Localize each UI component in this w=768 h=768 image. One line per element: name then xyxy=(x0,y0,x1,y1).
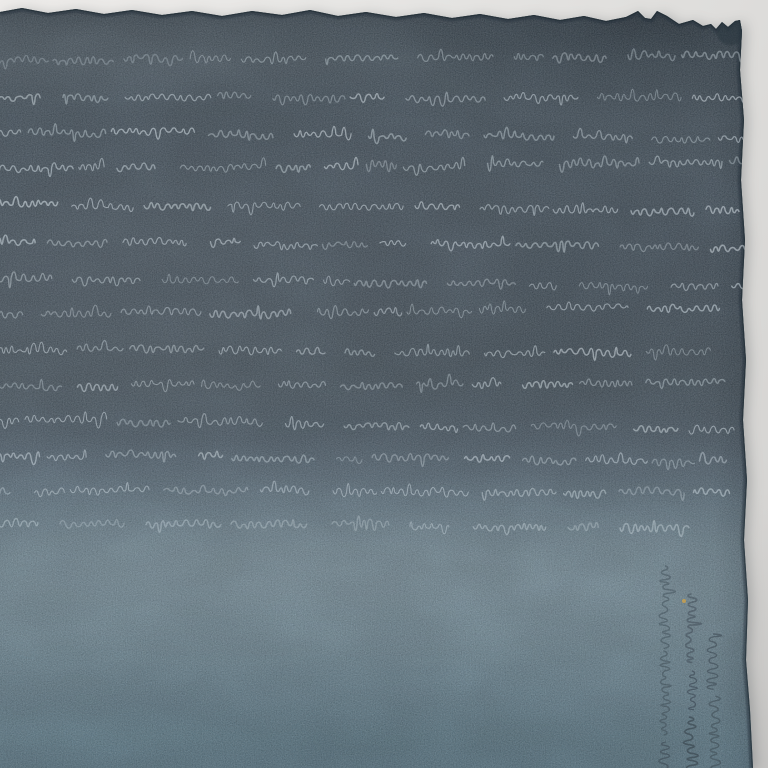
inscription-stroke xyxy=(707,634,722,689)
script-line xyxy=(0,152,750,180)
script-line xyxy=(0,340,710,361)
script-line xyxy=(0,123,749,148)
script-line xyxy=(0,299,719,322)
script-word-stroke xyxy=(0,451,40,464)
script-word-stroke xyxy=(144,203,210,211)
script-line xyxy=(0,410,734,438)
script-word-stroke xyxy=(366,160,396,172)
script-word-stroke xyxy=(553,53,606,63)
script-word-stroke xyxy=(124,54,182,66)
inscription-column xyxy=(659,566,675,768)
script-word-stroke xyxy=(649,156,722,170)
script-word-stroke xyxy=(463,422,516,432)
script-word-stroke xyxy=(0,94,40,105)
inscription-column xyxy=(707,634,722,768)
script-word-stroke xyxy=(479,301,525,315)
script-word-stroke xyxy=(344,422,409,431)
script-word-stroke xyxy=(485,346,545,358)
script-word-stroke xyxy=(53,57,113,65)
script-word-stroke xyxy=(260,481,308,495)
script-word-stroke xyxy=(228,202,300,215)
script-word-stroke xyxy=(693,488,729,496)
script-word-stroke xyxy=(652,136,710,143)
script-word-stroke xyxy=(372,453,448,466)
script-word-stroke xyxy=(123,237,186,246)
script-word-stroke xyxy=(333,483,376,496)
inscription-stroke xyxy=(659,566,675,648)
script-word-stroke xyxy=(111,127,194,139)
script-word-stroke xyxy=(529,282,556,290)
script-line xyxy=(0,232,747,254)
script-word-stroke xyxy=(425,130,469,139)
script-word-stroke xyxy=(406,92,485,106)
script-word-stroke xyxy=(218,92,251,99)
inscription-stroke xyxy=(659,742,669,768)
script-line xyxy=(0,47,743,69)
script-word-stroke xyxy=(420,423,457,432)
script-word-stroke xyxy=(415,202,460,210)
script-word-stroke xyxy=(164,485,248,495)
script-word-stroke xyxy=(0,55,48,69)
script-word-stroke xyxy=(523,456,576,465)
script-line xyxy=(0,446,726,471)
script-word-stroke xyxy=(381,484,468,497)
script-word-stroke xyxy=(407,304,472,319)
script-line xyxy=(0,373,725,394)
script-word-stroke xyxy=(190,51,230,64)
script-word-stroke xyxy=(340,382,402,389)
script-word-stroke xyxy=(132,380,194,392)
script-word-stroke xyxy=(41,305,111,318)
script-word-stroke xyxy=(79,158,104,171)
script-word-stroke xyxy=(47,239,107,247)
script-word-stroke xyxy=(231,520,307,529)
script-word-stroke xyxy=(586,453,648,465)
script-word-stroke xyxy=(326,55,398,65)
script-word-stroke xyxy=(488,155,543,171)
script-word-stroke xyxy=(276,165,310,173)
script-word-stroke xyxy=(417,374,463,392)
script-word-stroke xyxy=(180,158,266,173)
torn-edge-shading xyxy=(0,8,753,768)
script-word-stroke xyxy=(531,420,616,437)
script-word-stroke xyxy=(232,455,314,464)
script-word-stroke xyxy=(380,241,406,246)
script-word-stroke xyxy=(465,455,510,463)
script-word-stroke xyxy=(324,157,358,169)
script-word-stroke xyxy=(0,488,10,495)
script-word-stroke xyxy=(317,305,368,318)
script-word-stroke xyxy=(28,124,106,142)
script-word-stroke xyxy=(403,157,465,175)
script-word-stroke xyxy=(106,450,176,462)
artist-inscription xyxy=(659,566,722,768)
script-word-stroke xyxy=(573,128,632,143)
script-word-stroke xyxy=(0,163,73,177)
script-word-stroke xyxy=(121,306,201,317)
script-word-stroke xyxy=(322,241,367,249)
script-word-stroke xyxy=(634,426,678,433)
script-word-stroke xyxy=(130,345,204,353)
script-line xyxy=(0,515,689,537)
script-word-stroke xyxy=(369,129,407,144)
script-word-stroke xyxy=(418,49,493,61)
watercolor-paper xyxy=(0,0,768,768)
script-word-stroke xyxy=(447,279,515,290)
script-word-stroke xyxy=(146,520,221,533)
script-word-stroke xyxy=(0,128,21,137)
script-word-stroke xyxy=(0,235,35,246)
script-word-stroke xyxy=(63,94,108,104)
script-word-stroke xyxy=(294,126,351,140)
script-word-stroke xyxy=(732,284,746,289)
script-word-stroke xyxy=(117,419,170,427)
script-word-stroke xyxy=(484,127,554,140)
script-word-stroke xyxy=(60,519,124,528)
script-word-stroke xyxy=(554,347,631,360)
script-word-stroke xyxy=(516,241,599,253)
script-word-stroke xyxy=(374,308,402,317)
script-word-stroke xyxy=(620,243,698,252)
script-word-stroke xyxy=(620,521,689,537)
script-word-stroke xyxy=(285,417,323,431)
script-word-stroke xyxy=(72,277,140,287)
pigment-speck xyxy=(682,599,686,603)
script-word-stroke xyxy=(647,304,719,313)
script-line xyxy=(0,481,730,501)
script-word-stroke xyxy=(345,349,375,357)
script-word-stroke xyxy=(706,206,739,214)
inscription-stroke xyxy=(686,594,702,662)
script-word-stroke xyxy=(210,306,291,320)
handwritten-script-lines xyxy=(0,47,750,536)
script-line xyxy=(0,196,739,218)
script-word-stroke xyxy=(0,418,19,429)
inscription-stroke xyxy=(709,696,720,768)
artwork-photo xyxy=(0,0,768,768)
corner-pigment-blob xyxy=(717,21,745,45)
inscription-column xyxy=(683,594,701,768)
script-word-stroke xyxy=(117,163,155,172)
script-word-stroke xyxy=(480,205,549,216)
script-word-stroke xyxy=(354,279,426,288)
script-word-stroke xyxy=(319,203,403,211)
script-line xyxy=(0,269,746,298)
script-word-stroke xyxy=(0,342,67,355)
script-word-stroke xyxy=(559,156,639,173)
inscription-stroke xyxy=(688,671,698,710)
script-word-stroke xyxy=(652,459,694,470)
script-word-stroke xyxy=(254,242,317,250)
paper-shadow-wrap xyxy=(0,0,768,768)
paper-marks xyxy=(0,0,768,768)
script-word-stroke xyxy=(47,450,86,461)
script-word-stroke xyxy=(241,52,305,64)
torn-edge-line xyxy=(0,8,753,768)
script-word-stroke xyxy=(253,273,313,288)
script-word-stroke xyxy=(597,89,681,101)
script-word-stroke xyxy=(125,94,211,101)
script-word-stroke xyxy=(514,53,543,60)
script-word-stroke xyxy=(273,95,345,105)
script-word-stroke xyxy=(0,272,52,289)
script-word-stroke xyxy=(72,198,134,212)
script-word-stroke xyxy=(628,49,675,61)
script-word-stroke xyxy=(553,203,618,214)
script-word-stroke xyxy=(35,488,65,497)
script-word-stroke xyxy=(646,379,725,389)
script-word-stroke xyxy=(201,380,260,391)
script-line xyxy=(0,87,750,106)
script-word-stroke xyxy=(0,311,23,318)
script-word-stroke xyxy=(580,379,632,387)
script-word-stroke xyxy=(199,451,223,459)
script-word-stroke xyxy=(350,94,384,103)
script-word-stroke xyxy=(699,453,726,464)
script-word-stroke xyxy=(278,381,325,389)
script-word-stroke xyxy=(568,523,598,531)
script-word-stroke xyxy=(646,345,710,360)
script-word-stroke xyxy=(718,136,749,143)
script-word-stroke xyxy=(0,516,38,529)
script-word-stroke xyxy=(547,302,628,312)
script-word-stroke xyxy=(682,51,743,62)
script-word-stroke xyxy=(77,383,117,391)
script-word-stroke xyxy=(689,425,734,435)
inscription-stroke xyxy=(683,717,698,768)
script-word-stroke xyxy=(579,282,647,295)
script-word-stroke xyxy=(324,276,350,286)
script-word-stroke xyxy=(671,283,718,291)
script-word-stroke xyxy=(0,379,62,391)
script-word-stroke xyxy=(210,238,240,248)
script-word-stroke xyxy=(219,346,281,355)
script-word-stroke xyxy=(395,344,469,357)
script-word-stroke xyxy=(162,274,238,284)
script-word-stroke xyxy=(482,488,556,500)
script-word-stroke xyxy=(178,413,263,428)
script-word-stroke xyxy=(619,487,684,501)
script-word-stroke xyxy=(25,411,107,428)
script-word-stroke xyxy=(431,236,510,252)
script-word-stroke xyxy=(472,378,501,389)
script-word-stroke xyxy=(631,208,694,216)
script-word-stroke xyxy=(564,490,606,498)
inscription-stroke xyxy=(660,651,671,735)
script-word-stroke xyxy=(410,522,449,534)
script-word-stroke xyxy=(337,457,362,464)
script-word-stroke xyxy=(208,130,272,141)
script-word-stroke xyxy=(77,340,123,351)
script-word-stroke xyxy=(523,381,573,389)
script-word-stroke xyxy=(504,93,578,106)
script-word-stroke xyxy=(332,516,389,531)
script-word-stroke xyxy=(70,483,149,496)
script-word-stroke xyxy=(0,196,58,207)
script-word-stroke xyxy=(296,347,325,354)
script-word-stroke xyxy=(473,523,545,534)
